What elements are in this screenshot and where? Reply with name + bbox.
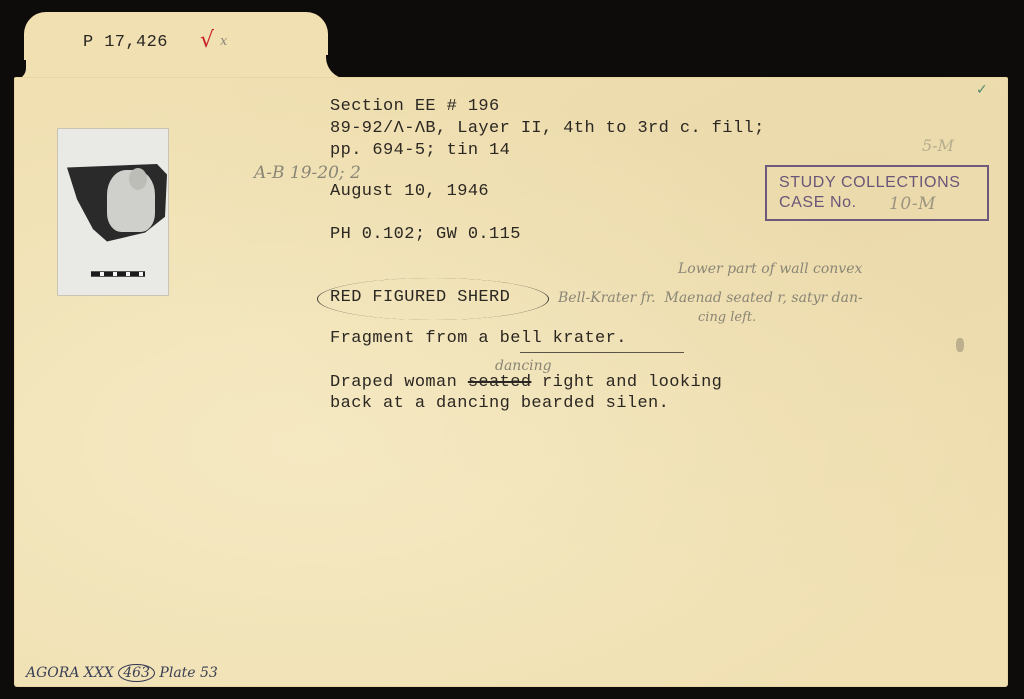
stamp-line2-label: CASE No. xyxy=(779,194,857,212)
footer-reference: AGORA XXX 463 Plate 53 xyxy=(26,664,218,682)
dimensions: PH 0.102; GW 0.115 xyxy=(330,225,521,244)
category-heading: RED FIGURED SHERD xyxy=(330,288,510,307)
desc-line1-suffix: right and looking xyxy=(531,373,722,392)
notebook-line: pp. 694-5; tin 14 xyxy=(330,141,510,160)
pencil-grid-reference: A-B 19-20; 2 xyxy=(254,163,361,183)
footer-prefix: AGORA XXX xyxy=(26,665,114,681)
pencil-note-side-1: Bell-Krater fr. Maenad seated r, satyr d… xyxy=(558,290,863,306)
description-line-1: Draped woman seated right and looking xyxy=(330,373,722,392)
scale-bar xyxy=(91,271,145,277)
tab-pencil-mark: x xyxy=(220,34,227,49)
stamp-case-number: 10-M xyxy=(889,194,936,214)
footer-circled-number: 463 xyxy=(118,664,155,682)
desc-line1-prefix: Draped woman xyxy=(330,373,468,392)
pencil-note-top: Lower part of wall convex xyxy=(678,261,862,277)
grid-layer-line: 89-92/Λ-ΛΒ, Layer II, 4th to 3rd c. fill… xyxy=(330,119,765,138)
pencil-corner-mark: 5-M xyxy=(922,136,954,155)
tab-corner-right xyxy=(326,55,350,79)
section-line: Section ΕΕ # 196 xyxy=(330,97,500,116)
catalog-number: P 17,426 xyxy=(83,33,168,52)
ink-smudge xyxy=(956,338,964,352)
date: August 10, 1946 xyxy=(330,182,489,201)
fragment-description: Fragment from a bell krater. xyxy=(330,329,627,348)
fragment-desc-prefix: Fragment from a xyxy=(330,329,500,348)
bell-krater-underline xyxy=(520,352,684,353)
fragment-desc-emph: bell krater. xyxy=(500,329,627,348)
sherd-image xyxy=(67,164,167,252)
sherd-photo xyxy=(57,128,169,296)
sherd-head xyxy=(129,168,147,190)
footer-suffix: Plate 53 xyxy=(159,665,217,681)
pencil-note-side-2: cing left. xyxy=(698,310,756,325)
red-check-icon: √ xyxy=(200,28,214,53)
description-line-2: back at a dancing bearded silen. xyxy=(330,394,669,413)
stamp-line1: STUDY COLLECTIONS xyxy=(779,174,961,192)
study-collections-stamp: STUDY COLLECTIONS CASE No. 10-M xyxy=(765,165,989,221)
desc-struck-word: seated xyxy=(468,373,532,392)
pencil-correction: dancing xyxy=(495,358,552,374)
green-check-icon: ✓ xyxy=(976,82,988,98)
